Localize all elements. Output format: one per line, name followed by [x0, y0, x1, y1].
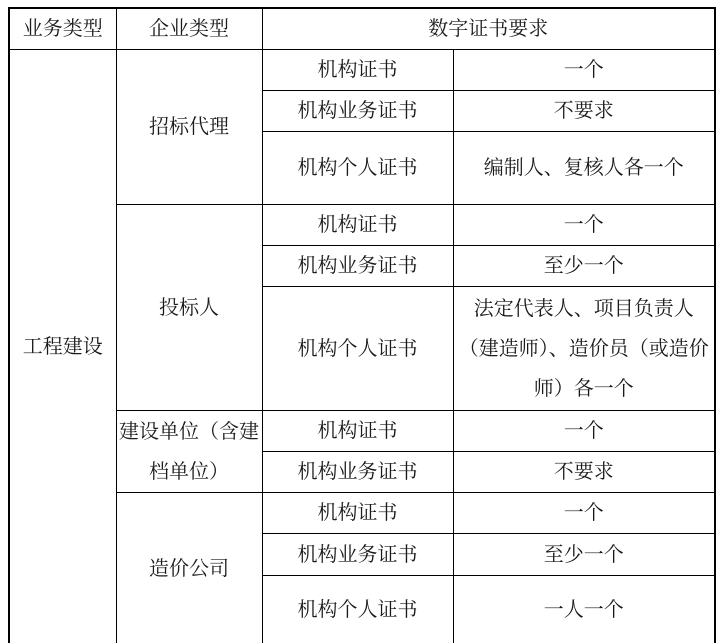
cert-requirement-cell: 一个 — [453, 50, 715, 91]
cert-type-cell: 机构业务证书 — [262, 91, 453, 132]
enterprise-cell-construction-unit: 建设单位（含建档单位） — [116, 411, 262, 493]
header-business-type: 业务类型 — [9, 8, 116, 50]
certificate-requirements-table: 业务类型 企业类型 数字证书要求 工程建设 招标代理 机构证书 一个 机构业务证… — [8, 7, 716, 643]
cert-type-cell: 机构证书 — [262, 50, 453, 91]
enterprise-cell-cost-company: 造价公司 — [116, 493, 262, 643]
cert-type-cell: 机构业务证书 — [262, 246, 453, 287]
cert-requirement-cell: 至少一个 — [453, 246, 715, 287]
cert-requirement-cell: 编制人、复核人各一个 — [453, 132, 715, 205]
cert-requirement-cell: 不要求 — [453, 91, 715, 132]
enterprise-cell-bidder: 投标人 — [116, 205, 262, 411]
cert-type-cell: 机构个人证书 — [262, 287, 453, 411]
cert-requirement-cell: 法定代表人、项目负责人（建造师）、造价员（或造价师）各一个 — [453, 287, 715, 411]
cert-requirement-cell: 一个 — [453, 205, 715, 246]
cert-type-cell: 机构业务证书 — [262, 452, 453, 493]
business-type-cell: 工程建设 — [9, 50, 116, 643]
header-row: 业务类型 企业类型 数字证书要求 — [9, 8, 715, 50]
cert-type-cell: 机构个人证书 — [262, 132, 453, 205]
cert-requirement-cell: 不要求 — [453, 452, 715, 493]
cert-type-cell: 机构个人证书 — [262, 576, 453, 643]
cert-requirement-cell: 一人一个 — [453, 576, 715, 643]
cert-type-cell: 机构业务证书 — [262, 534, 453, 576]
cert-requirement-cell: 一个 — [453, 493, 715, 534]
table-row: 工程建设 招标代理 机构证书 一个 — [9, 50, 715, 91]
document-page: 业务类型 企业类型 数字证书要求 工程建设 招标代理 机构证书 一个 机构业务证… — [0, 0, 723, 643]
cert-requirement-cell: 至少一个 — [453, 534, 715, 576]
cert-type-cell: 机构证书 — [262, 411, 453, 452]
cert-type-cell: 机构证书 — [262, 493, 453, 534]
enterprise-cell-bidding-agency: 招标代理 — [116, 50, 262, 205]
header-enterprise-type: 企业类型 — [116, 8, 262, 50]
header-digital-cert-requirement: 数字证书要求 — [262, 8, 715, 50]
cert-requirement-cell: 一个 — [453, 411, 715, 452]
cert-type-cell: 机构证书 — [262, 205, 453, 246]
